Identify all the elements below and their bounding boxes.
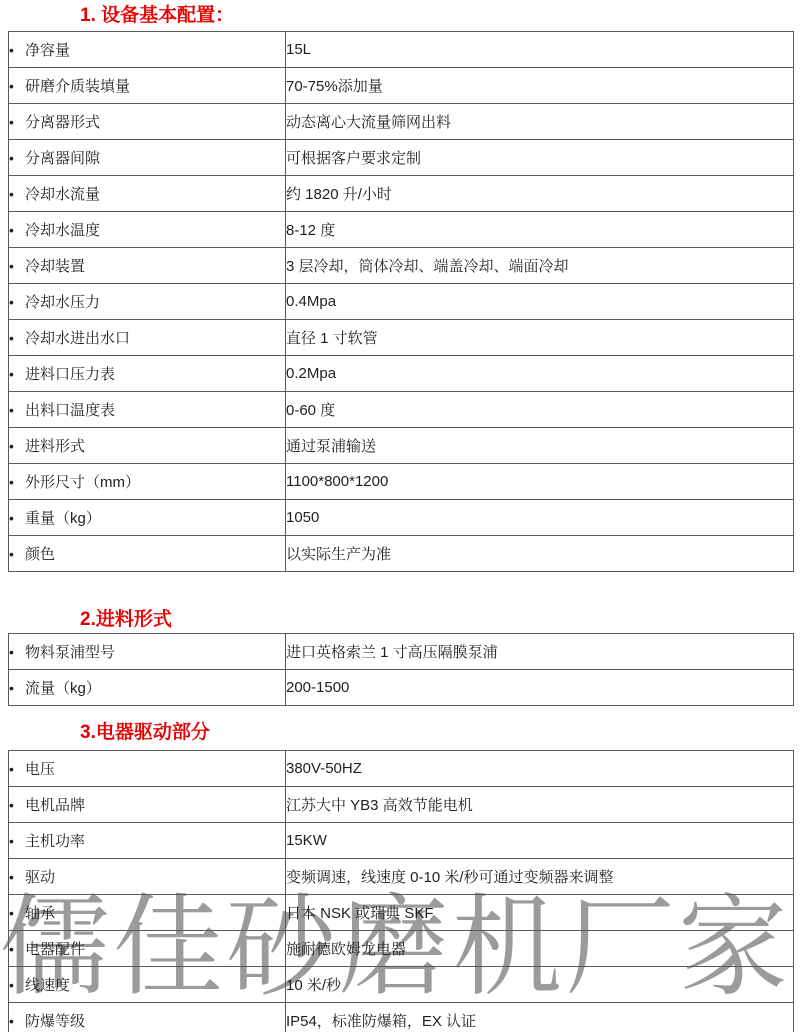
spec-value: 0.2Mpa <box>286 356 794 392</box>
spec-label: 防爆等级 <box>25 1013 85 1030</box>
table-row: •分离器间隙可根据客户要求定制 <box>9 140 794 176</box>
spec-label-cell: •电机品牌 <box>9 787 286 823</box>
spec-label: 净容量 <box>25 42 70 59</box>
bullet-icon: • <box>9 761 25 777</box>
bullet-icon: • <box>9 869 25 885</box>
spec-label: 分离器间隙 <box>25 150 100 167</box>
spec-table-feed-form: •物料泵浦型号进口英格索兰 1 寸高压隔膜泵浦•流量（kg）200-1500 <box>8 633 794 706</box>
section-title: 2.进料形式 <box>80 572 800 631</box>
spec-table-electric-drive: •电压380V-50HZ•电机品牌江苏大中 YB3 高效节能电机•主机功率15K… <box>8 750 794 1032</box>
spec-value: 200-1500 <box>286 670 794 706</box>
spec-value: 可根据客户要求定制 <box>286 140 794 176</box>
bullet-icon: • <box>9 797 25 813</box>
bullet-icon: • <box>9 644 25 660</box>
spec-label: 进料口压力表 <box>25 366 115 383</box>
bullet-icon: • <box>9 402 25 418</box>
spec-label-cell: •电压 <box>9 751 286 787</box>
spec-value: 进口英格索兰 1 寸高压隔膜泵浦 <box>286 634 794 670</box>
table-row: •颜色以实际生产为准 <box>9 536 794 572</box>
spec-value: 日本 NSK 或瑞典 SKF <box>286 895 794 931</box>
bullet-icon: • <box>9 42 25 58</box>
table-row: •出料口温度表0-60 度 <box>9 392 794 428</box>
table-row: •分离器形式动态离心大流量筛网出料 <box>9 104 794 140</box>
spec-label-cell: •重量（kg） <box>9 500 286 536</box>
table-row: •外形尺寸（mm）1100*800*1200 <box>9 464 794 500</box>
spec-value: 8-12 度 <box>286 212 794 248</box>
table-row: •电器配件施耐德欧姆龙电器 <box>9 931 794 967</box>
spec-label: 电器配件 <box>25 941 85 958</box>
spec-value: IP54，标准防爆箱，EX 认证 <box>286 1003 794 1032</box>
spec-label: 线速度 <box>25 977 70 994</box>
spec-label: 流量（kg） <box>25 680 101 697</box>
spec-value: 1100*800*1200 <box>286 464 794 500</box>
spec-label: 主机功率 <box>25 833 85 850</box>
table-row: •驱动变频调速，线速度 0-10 米/秒可通过变频器来调整 <box>9 859 794 895</box>
bullet-icon: • <box>9 258 25 274</box>
bullet-icon: • <box>9 330 25 346</box>
bullet-icon: • <box>9 438 25 454</box>
spec-label: 冷却装置 <box>25 258 85 275</box>
spec-value: 动态离心大流量筛网出料 <box>286 104 794 140</box>
spec-label: 研磨介质装填量 <box>25 78 130 95</box>
table-row: •重量（kg）1050 <box>9 500 794 536</box>
spec-value: 通过泵浦输送 <box>286 428 794 464</box>
spec-label-cell: •主机功率 <box>9 823 286 859</box>
spec-table-basic-config: •净容量15L•研磨介质装填量70-75%添加量•分离器形式动态离心大流量筛网出… <box>8 31 794 572</box>
table-row: •进料口压力表0.2Mpa <box>9 356 794 392</box>
spec-value: 以实际生产为准 <box>286 536 794 572</box>
bullet-icon: • <box>9 294 25 310</box>
spec-label: 冷却水温度 <box>25 222 100 239</box>
spec-label-cell: •轴承 <box>9 895 286 931</box>
bullet-icon: • <box>9 78 25 94</box>
table-row: •冷却水压力0.4Mpa <box>9 284 794 320</box>
table-row: •流量（kg）200-1500 <box>9 670 794 706</box>
spec-label: 物料泵浦型号 <box>25 644 115 661</box>
spec-value: 0.4Mpa <box>286 284 794 320</box>
spec-label-cell: •出料口温度表 <box>9 392 286 428</box>
section-electric-drive: 3.电器驱动部分 •电压380V-50HZ•电机品牌江苏大中 YB3 高效节能电… <box>0 706 800 1032</box>
bullet-icon: • <box>9 474 25 490</box>
table-row: •冷却水温度8-12 度 <box>9 212 794 248</box>
spec-label-cell: •电器配件 <box>9 931 286 967</box>
bullet-icon: • <box>9 366 25 382</box>
spec-value: 10 米/秒 <box>286 967 794 1003</box>
bullet-icon: • <box>9 150 25 166</box>
spec-label: 轴承 <box>25 905 55 922</box>
table-row: •进料形式通过泵浦输送 <box>9 428 794 464</box>
spec-value: 1050 <box>286 500 794 536</box>
spec-value: 施耐德欧姆龙电器 <box>286 931 794 967</box>
section-feed-form: 2.进料形式 •物料泵浦型号进口英格索兰 1 寸高压隔膜泵浦•流量（kg）200… <box>0 572 800 706</box>
spec-label-cell: •防爆等级 <box>9 1003 286 1032</box>
spec-label: 进料形式 <box>25 438 85 455</box>
table-row: •物料泵浦型号进口英格索兰 1 寸高压隔膜泵浦 <box>9 634 794 670</box>
bullet-icon: • <box>9 222 25 238</box>
spec-label: 外形尺寸（mm） <box>25 474 140 491</box>
spec-label-cell: •冷却装置 <box>9 248 286 284</box>
bullet-icon: • <box>9 546 25 562</box>
spec-label-cell: •驱动 <box>9 859 286 895</box>
spec-value: 3 层冷却，筒体冷却、端盖冷却、端面冷却 <box>286 248 794 284</box>
spec-value: 0-60 度 <box>286 392 794 428</box>
spec-value: 380V-50HZ <box>286 751 794 787</box>
table-row: •冷却水进出水口直径 1 寸软管 <box>9 320 794 356</box>
spec-label-cell: •冷却水流量 <box>9 176 286 212</box>
spec-value: 15L <box>286 32 794 68</box>
spec-label-cell: •进料口压力表 <box>9 356 286 392</box>
table-row: •电机品牌江苏大中 YB3 高效节能电机 <box>9 787 794 823</box>
spec-label-cell: •分离器间隙 <box>9 140 286 176</box>
table-row: •防爆等级IP54，标准防爆箱，EX 认证 <box>9 1003 794 1032</box>
spec-label: 出料口温度表 <box>25 402 115 419</box>
spec-label-cell: •颜色 <box>9 536 286 572</box>
spec-label-cell: •冷却水进出水口 <box>9 320 286 356</box>
spec-label-cell: •外形尺寸（mm） <box>9 464 286 500</box>
table-row: •电压380V-50HZ <box>9 751 794 787</box>
spec-label-cell: •净容量 <box>9 32 286 68</box>
bullet-icon: • <box>9 833 25 849</box>
table-row: •研磨介质装填量70-75%添加量 <box>9 68 794 104</box>
bullet-icon: • <box>9 680 25 696</box>
table-row: •冷却水流量约 1820 升/小时 <box>9 176 794 212</box>
section-title: 3.电器驱动部分 <box>80 706 800 744</box>
bullet-icon: • <box>9 510 25 526</box>
spec-label-cell: •进料形式 <box>9 428 286 464</box>
spec-label: 电机品牌 <box>25 797 85 814</box>
section-basic-config: 1. 设备基本配置： •净容量15L•研磨介质装填量70-75%添加量•分离器形… <box>0 0 800 572</box>
spec-document: 1. 设备基本配置： •净容量15L•研磨介质装填量70-75%添加量•分离器形… <box>0 0 800 1032</box>
bullet-icon: • <box>9 905 25 921</box>
bullet-icon: • <box>9 1013 25 1029</box>
spec-label-cell: •流量（kg） <box>9 670 286 706</box>
spec-label: 颜色 <box>25 546 55 563</box>
bullet-icon: • <box>9 114 25 130</box>
spec-value: 约 1820 升/小时 <box>286 176 794 212</box>
spec-label: 冷却水压力 <box>25 294 100 311</box>
table-row: •冷却装置3 层冷却，筒体冷却、端盖冷却、端面冷却 <box>9 248 794 284</box>
spec-label-cell: •研磨介质装填量 <box>9 68 286 104</box>
table-row: •线速度10 米/秒 <box>9 967 794 1003</box>
bullet-icon: • <box>9 977 25 993</box>
spec-label: 冷却水进出水口 <box>25 330 130 347</box>
spec-value: 江苏大中 YB3 高效节能电机 <box>286 787 794 823</box>
spec-label: 电压 <box>25 761 55 778</box>
spec-label-cell: •冷却水温度 <box>9 212 286 248</box>
bullet-icon: • <box>9 941 25 957</box>
spec-value: 70-75%添加量 <box>286 68 794 104</box>
bullet-icon: • <box>9 186 25 202</box>
spec-label: 重量（kg） <box>25 510 101 527</box>
spec-label-cell: •物料泵浦型号 <box>9 634 286 670</box>
spec-label-cell: •冷却水压力 <box>9 284 286 320</box>
table-row: •净容量15L <box>9 32 794 68</box>
table-row: •轴承日本 NSK 或瑞典 SKF <box>9 895 794 931</box>
table-row: •主机功率15KW <box>9 823 794 859</box>
spec-label: 分离器形式 <box>25 114 100 131</box>
spec-value: 变频调速，线速度 0-10 米/秒可通过变频器来调整 <box>286 859 794 895</box>
spec-value: 15KW <box>286 823 794 859</box>
spec-label-cell: •分离器形式 <box>9 104 286 140</box>
spec-label: 驱动 <box>25 869 55 886</box>
section-title: 1. 设备基本配置： <box>80 0 800 27</box>
spec-label-cell: •线速度 <box>9 967 286 1003</box>
spec-label: 冷却水流量 <box>25 186 100 203</box>
spec-value: 直径 1 寸软管 <box>286 320 794 356</box>
